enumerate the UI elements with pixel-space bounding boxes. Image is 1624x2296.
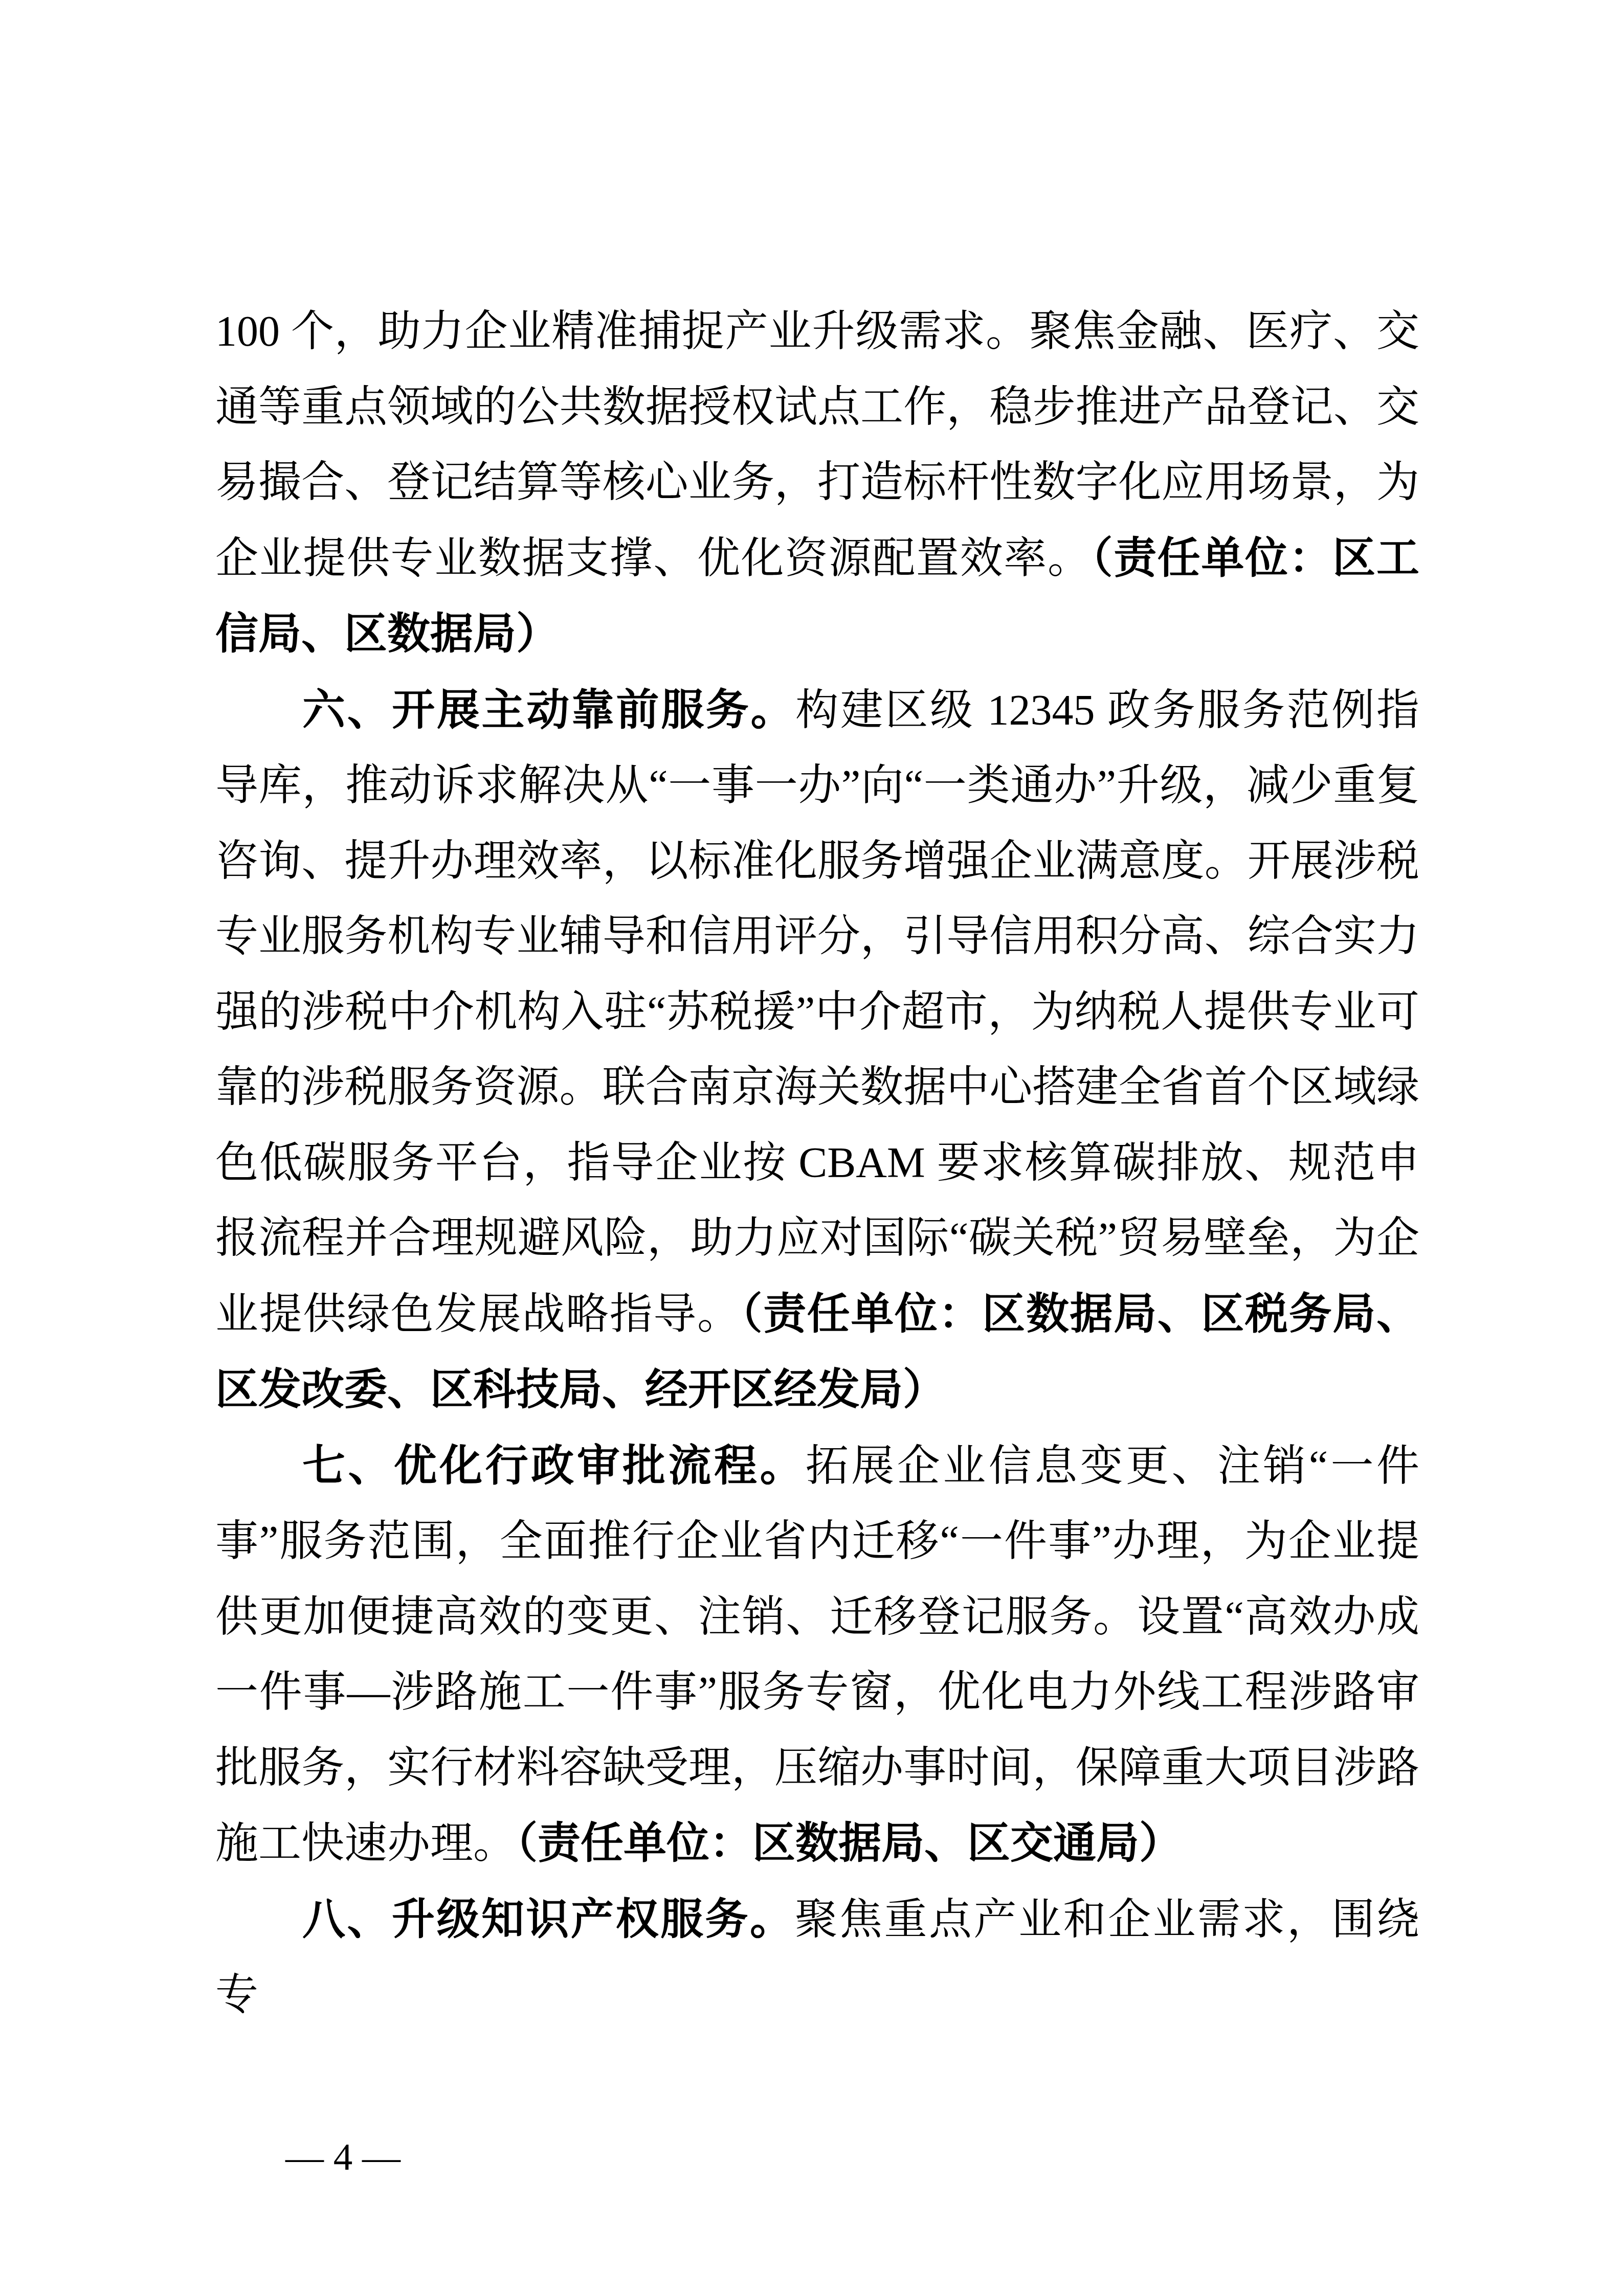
paragraph: 六、开展主动靠前服务。构建区级 12345 政务服务范例指导库，推动诉求解决从“… xyxy=(215,672,1419,1428)
page-footer: — 4 — xyxy=(247,2100,401,2215)
text-segment: 拓展企业信息变更、注销“一件事”服务范围，全面推行企业省内迁移“一件事”办理，为… xyxy=(215,1443,1419,1868)
bold-text-segment: 六、开展主动靠前服务。 xyxy=(302,686,795,734)
paragraph: 八、升级知识产权服务。聚焦重点产业和企业需求，围绕专 xyxy=(215,1882,1419,2033)
paragraph: 100 个，助力企业精准捕捉产业升级需求。聚焦金融、医疗、交通等重点领域的公共数… xyxy=(215,294,1419,672)
document-body: 100 个，助力企业精准捕捉产业升级需求。聚焦金融、医疗、交通等重点领域的公共数… xyxy=(215,294,1419,2033)
page-number: — 4 — xyxy=(285,2136,401,2178)
bold-text-segment: 七、优化行政审批流程。 xyxy=(302,1442,806,1490)
text-segment: 构建区级 12345 政务服务范例指导库，推动诉求解决从“一事一办”向“一类通办… xyxy=(215,687,1419,1338)
bold-text-segment: （责任单位：区数据局、区交通局） xyxy=(516,1819,1182,1867)
paragraph: 七、优化行政审批流程。拓展企业信息变更、注销“一件事”服务范围，全面推行企业省内… xyxy=(215,1428,1419,1882)
bold-text-segment: 八、升级知识产权服务。 xyxy=(302,1895,795,1943)
document-page: 100 个，助力企业精准捕捉产业升级需求。聚焦金融、医疗、交通等重点领域的公共数… xyxy=(0,0,1624,2296)
